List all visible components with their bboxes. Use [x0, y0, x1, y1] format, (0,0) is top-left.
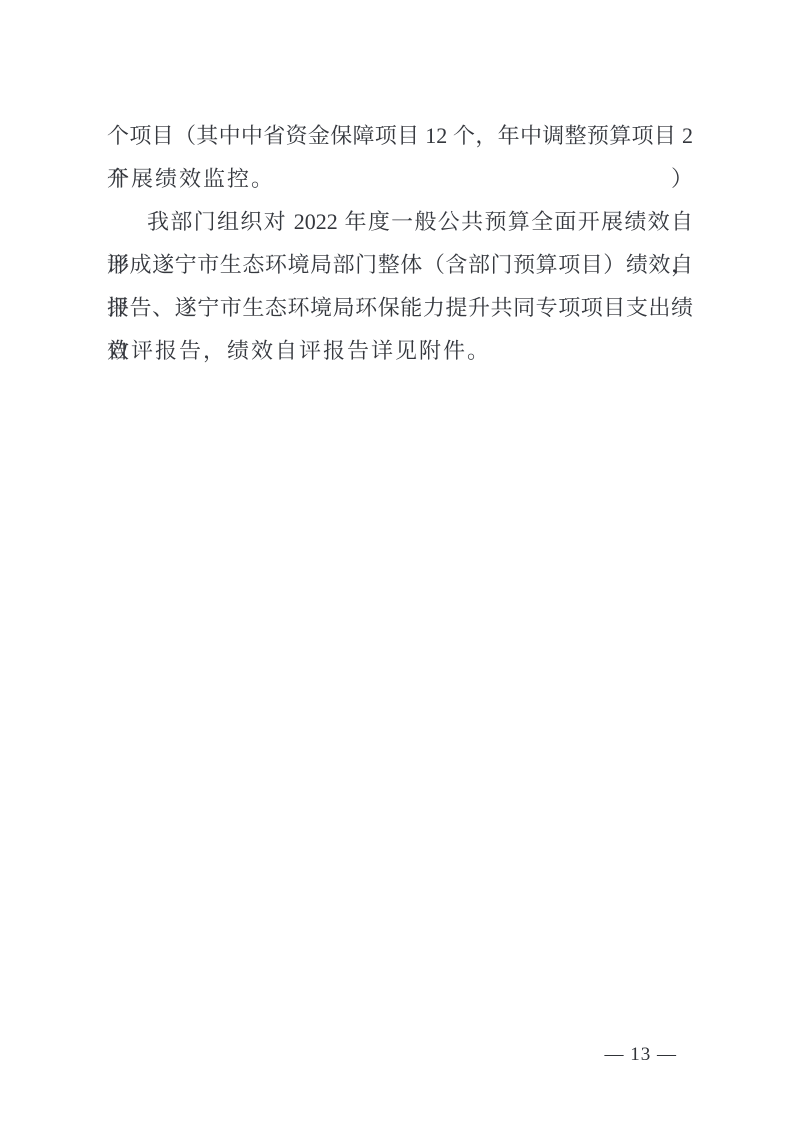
body-line: 我部门组织对 2022 年度一般公共预算全面开展绩效自评，: [107, 200, 693, 243]
document-page: 个项目（其中中省资金保障项目 12 个，年中调整预算项目 2 个） 开展绩效监控…: [0, 0, 793, 1122]
body-line: 形成遂宁市生态环境局部门整体（含部门预算项目）绩效自评: [107, 243, 693, 286]
page-number: — 13 —: [605, 1043, 678, 1067]
body-line: 自评报告，绩效自评报告详见附件。: [107, 329, 693, 372]
body-line: 个项目（其中中省资金保障项目 12 个，年中调整预算项目 2 个）: [107, 114, 693, 157]
body-line: 报告、遂宁市生态环境局环保能力提升共同专项项目支出绩效: [107, 286, 693, 329]
body-text: 个项目（其中中省资金保障项目 12 个，年中调整预算项目 2 个） 开展绩效监控…: [107, 114, 693, 372]
